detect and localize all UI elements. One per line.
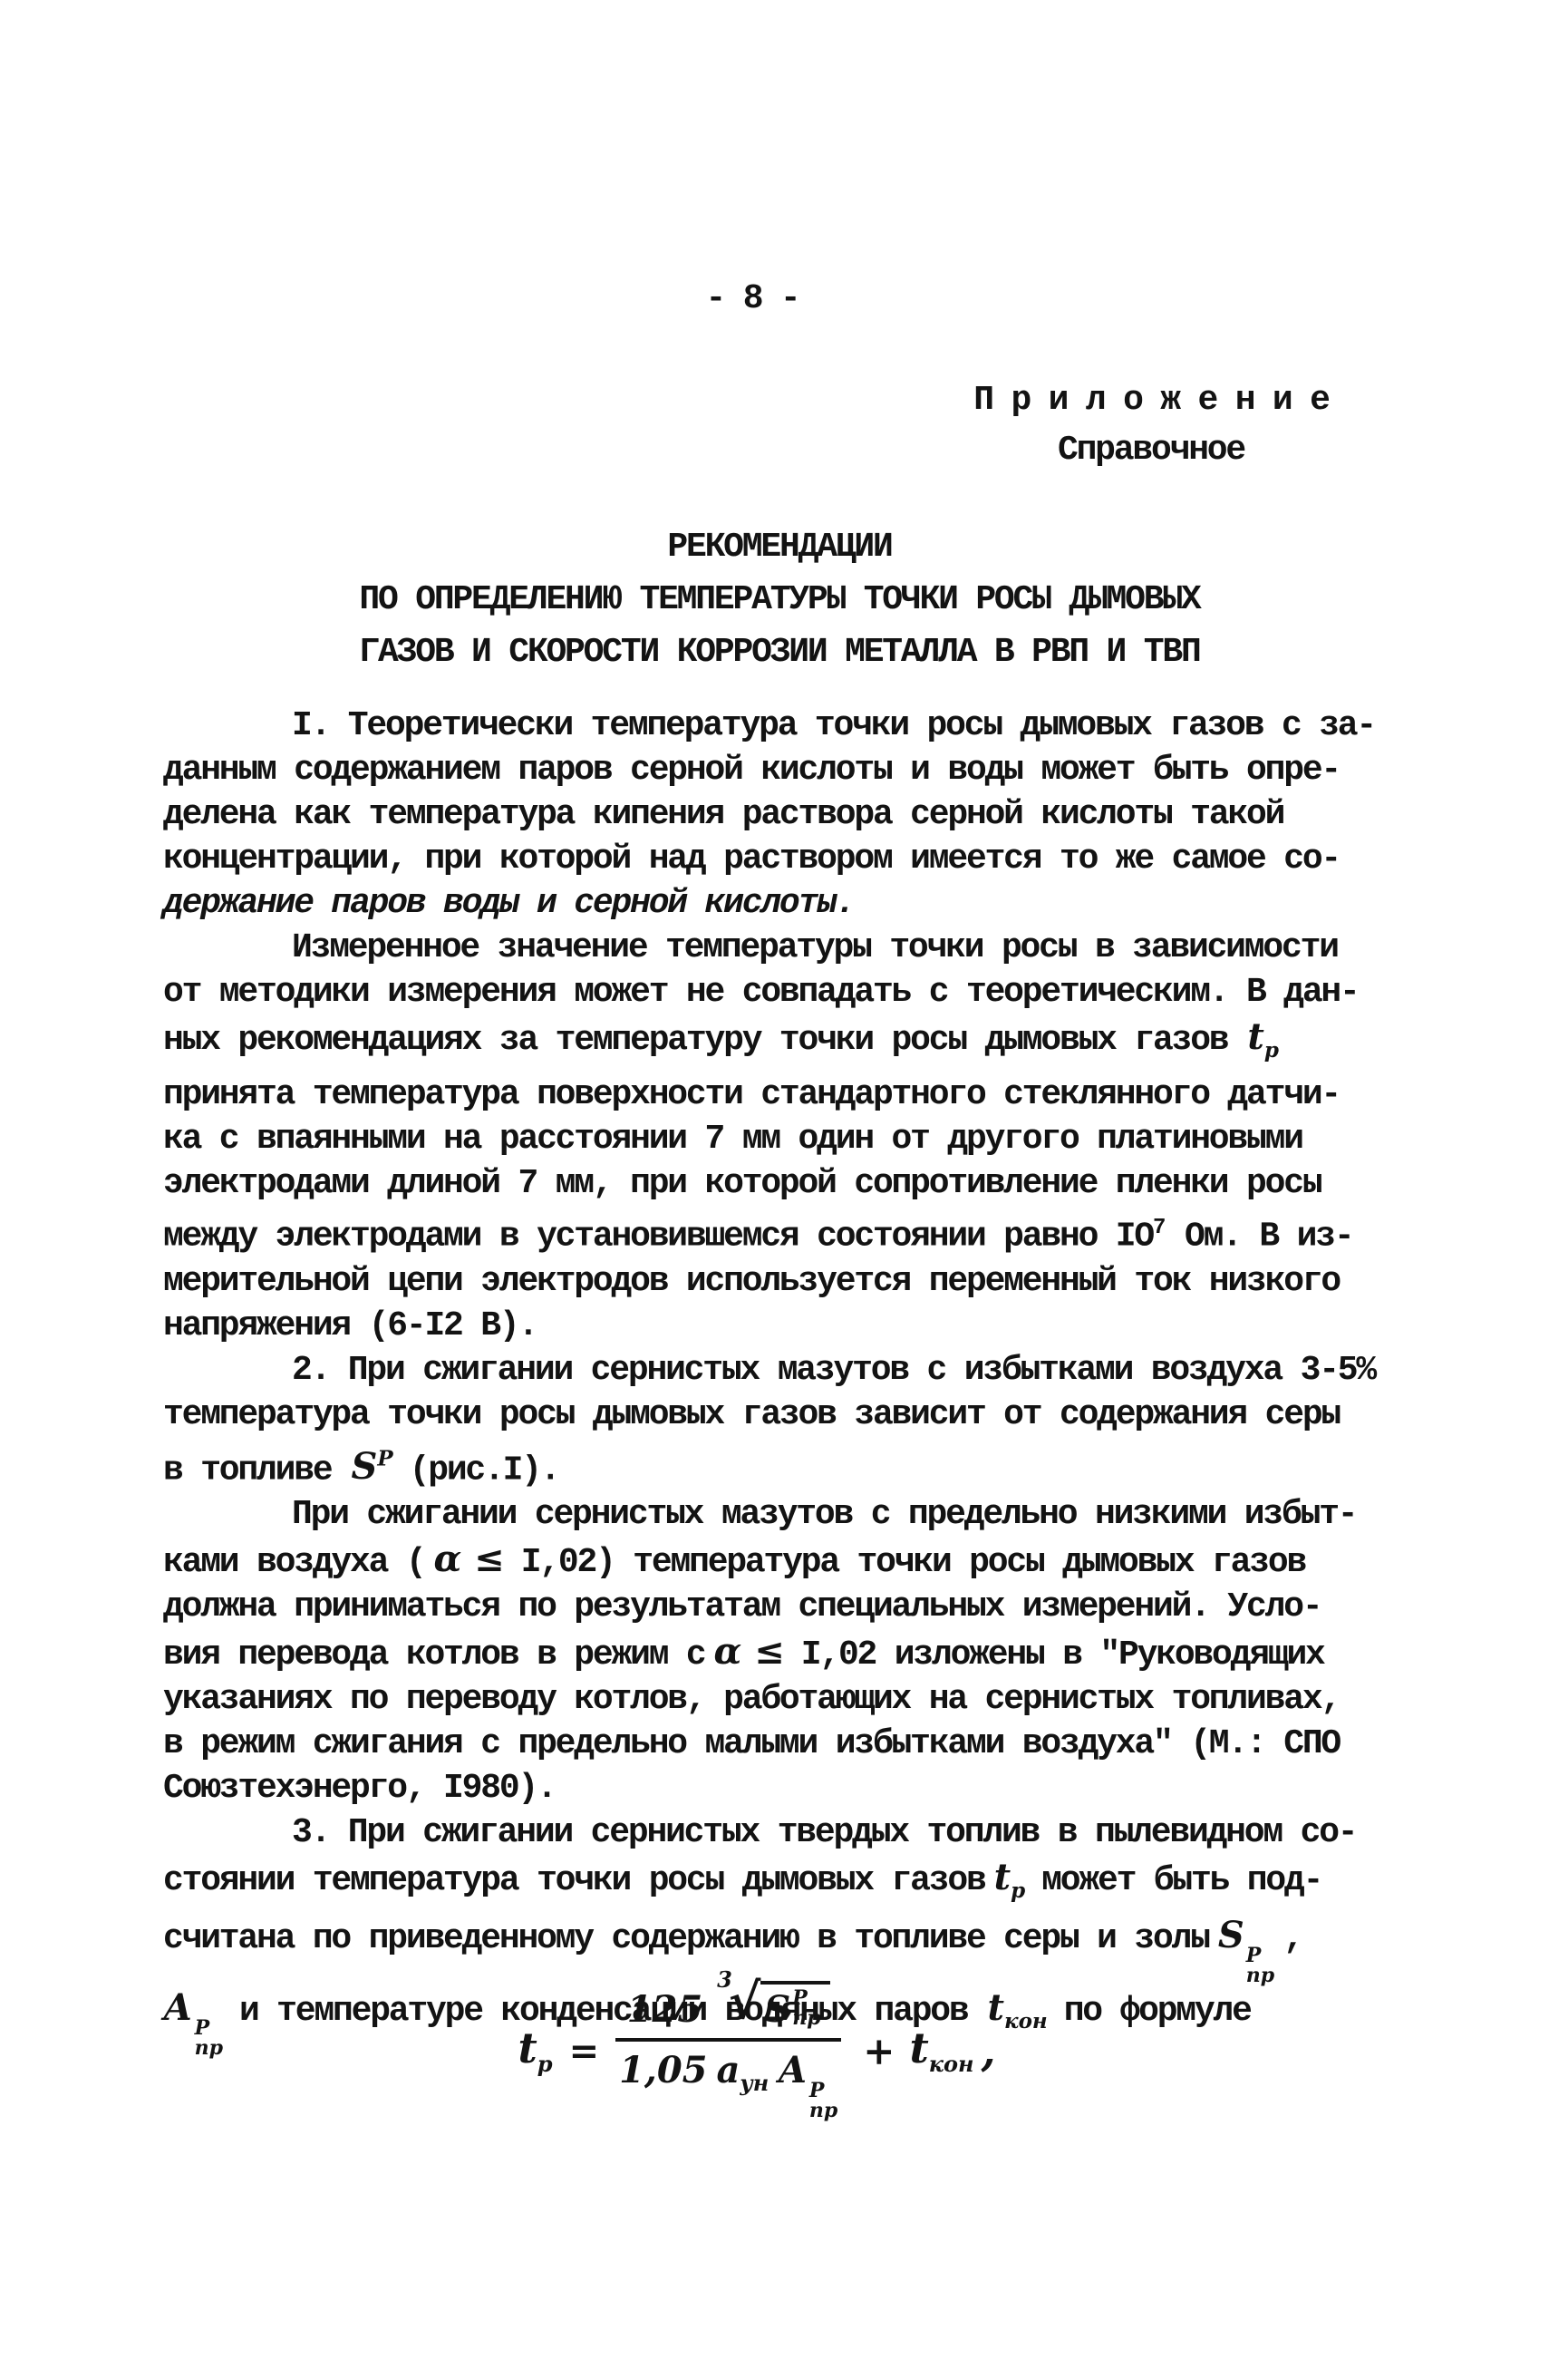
var-base: t	[909, 2023, 928, 2072]
var-entrainment-fraction: аун	[717, 2049, 769, 2096]
var-sulfur-content: SР	[351, 1445, 392, 1488]
radicand: SРпр	[760, 1981, 829, 2031]
text-segment: считана по приведенному содержанию в топ…	[163, 1919, 1209, 1958]
annex-kind: Справочное	[924, 425, 1378, 475]
text-line: ка с впаянными на расстоянии 7 мм один о…	[163, 1117, 1350, 1161]
var-base: t	[1247, 1015, 1263, 1058]
fraction-numerator: 125 3 √ SРпр	[615, 1981, 841, 2042]
var-subscript: пр	[809, 2101, 837, 2121]
text-line: Измеренное значение температуры точки ро…	[163, 926, 1350, 970]
annex-label: П р и л о ж е н и е	[924, 375, 1378, 425]
text-segment: (рис.I).	[410, 1451, 559, 1490]
var-subscript: ун	[740, 2070, 769, 2096]
text-segment: может быть под-	[1041, 1861, 1321, 1900]
radical-sign: √	[729, 1981, 761, 2023]
var-subscript: р	[1011, 1878, 1025, 1903]
var-reduced-ash: АРпр	[778, 2049, 837, 2121]
text-line: данным содержанием паров серной кислоты …	[163, 748, 1350, 792]
var-sup-sub-stack: Рпр	[809, 2081, 837, 2121]
text-line: делена как температура кипения раствора …	[163, 792, 1350, 837]
var-base: а	[717, 2049, 740, 2091]
var-base: t	[994, 1856, 1011, 1898]
var-base: S	[351, 1445, 377, 1488]
var-subscript: р	[537, 2052, 553, 2078]
paragraph-1: I. Теоретически температура точки росы д…	[163, 704, 1350, 926]
page-number: - 8 -	[163, 279, 1341, 318]
text-line: ных рекомендациях за температуру точки р…	[163, 1014, 1350, 1072]
text-line: должна приниматься по результатам специа…	[163, 1585, 1350, 1629]
text-segment: Ом. В из-	[1166, 1218, 1352, 1257]
text-line: между электродами в установившемся состо…	[163, 1206, 1350, 1259]
root-index: 3	[717, 1966, 732, 1993]
paragraph-3: 2. При сжигании сернистых мазутов с избы…	[163, 1348, 1350, 1492]
var-superscript: Р	[377, 1447, 392, 1471]
text-segment: стоянии температура точки росы дымовых г…	[163, 1861, 985, 1900]
text-segment: ных рекомендациях за температуру точки р…	[163, 1021, 1227, 1060]
text-segment: I,02 изложены в "Руководящих	[801, 1635, 1324, 1674]
text-line: мерительной цепи электродов используется…	[163, 1259, 1350, 1304]
text-line: в топливеSР(рис.I).	[163, 1437, 1350, 1492]
scanned-document-page: - 8 - П р и л о ж е н и е Справочное РЕК…	[0, 0, 1568, 2368]
formula-rhs: tкон	[909, 2023, 973, 2077]
text-segment: I,02) температура точки росы дымовых газ…	[521, 1543, 1305, 1582]
text-line: в режим сжигания с предельно малыми избы…	[163, 1722, 1350, 1766]
plus-sign: +	[863, 2029, 895, 2073]
text-line: вия перевода котлов в режим сα ≤I,02 изл…	[163, 1629, 1350, 1677]
text-line: указаниях по переводу котлов, работающих…	[163, 1677, 1350, 1722]
annex-block: П р и л о ж е н и е Справочное	[924, 375, 1378, 475]
document-title: РЕКОМЕНДАЦИИ ПО ОПРЕДЕЛЕНИЮ ТЕМПЕРАТУРЫ …	[195, 521, 1364, 679]
title-line-1: РЕКОМЕНДАЦИИ	[195, 521, 1364, 574]
var-reduced-sulfur: SРпр	[1218, 1914, 1274, 1956]
text-line: 2. При сжигании сернистых мазутов с избы…	[163, 1348, 1350, 1393]
var-sup-sub-stack: Рпр	[1246, 1946, 1274, 1985]
var-subscript: р	[1264, 1038, 1279, 1063]
fraction: 125 3 √ SРпр 1,05 аун АРпр	[615, 1981, 841, 2121]
text-line: от методики измерения может не совпадать…	[163, 970, 1350, 1014]
var-base: S	[764, 1988, 790, 2031]
text-line: температура точки росы дымовых газов зав…	[163, 1393, 1350, 1437]
var-base: S	[1218, 1914, 1244, 1956]
fraction-denominator: 1,05 аун АРпр	[615, 2042, 841, 2121]
coefficient-1-05: 1,05	[619, 2049, 707, 2091]
var-superscript: Р	[1246, 1946, 1262, 1965]
text-line: ками воздуха (α ≤I,02) температура точки…	[163, 1537, 1350, 1585]
text-segment: в топливе	[163, 1451, 331, 1490]
var-alpha-condition: α ≤	[433, 1538, 504, 1580]
paragraph-4: При сжигании сернистых мазутов с предель…	[163, 1492, 1350, 1810]
var-subscript: кон	[929, 2052, 974, 2078]
var-alpha-condition: α ≤	[714, 1630, 785, 1673]
var-subscript: пр	[792, 2008, 820, 2028]
text-segment: вия перевода котлов в режим с	[163, 1635, 705, 1674]
text-line: электродами длиной 7 мм, при которой соп…	[163, 1161, 1350, 1206]
var-t-dew-point: tр	[994, 1856, 1026, 1898]
var-sup-sub-stack: Рпр	[792, 1988, 820, 2031]
formula-lhs: tр	[518, 2023, 553, 2077]
equals-sign: =	[569, 2030, 600, 2072]
text-line-italic: держание паров воды и серной кислоты.	[163, 881, 1350, 926]
dew-point-formula: tр = 125 3 √ SРпр 1,05 аун АРпр + tкон ,	[163, 1981, 1350, 2121]
var-superscript: Р	[792, 1988, 808, 2008]
coefficient-125: 125	[627, 1988, 703, 2031]
var-t-dew-point: tр	[1247, 1015, 1279, 1058]
var-superscript: Р	[809, 2081, 825, 2101]
text-line: Союзтехэнерго, I980).	[163, 1766, 1350, 1810]
text-segment: ,	[1283, 1919, 1302, 1958]
var-base: А	[778, 2049, 808, 2091]
text-line: I. Теоретически температура точки росы д…	[163, 704, 1350, 748]
text-segment: ками воздуха (	[163, 1543, 424, 1582]
var-base: t	[518, 2023, 537, 2072]
paragraph-2: Измеренное значение температуры точки ро…	[163, 926, 1350, 1348]
title-line-3: ГАЗОВ И СКОРОСТИ КОРРОЗИИ МЕТАЛЛА В РВП …	[195, 626, 1364, 679]
document-body: I. Теоретически температура точки росы д…	[163, 704, 1350, 2058]
text-line: стоянии температура точки росы дымовых г…	[163, 1855, 1350, 1913]
text-line: концентрации, при которой над раствором …	[163, 837, 1350, 881]
cube-root: 3 √ SРпр	[717, 1981, 829, 2031]
text-line: напряжения (6-I2 В).	[163, 1304, 1350, 1348]
exponent-7: 7	[1153, 1216, 1166, 1240]
text-line: принята температура поверхности стандарт…	[163, 1072, 1350, 1117]
text-segment: между электродами в установившемся состо…	[163, 1218, 1153, 1257]
title-line-2: ПО ОПРЕДЕЛЕНИЮ ТЕМПЕРАТУРЫ ТОЧКИ РОСЫ ДЫ…	[195, 574, 1364, 626]
text-line: 3. При сжигании сернистых твердых топлив…	[163, 1810, 1350, 1855]
formula-comma: ,	[981, 2026, 995, 2075]
text-line: При сжигании сернистых мазутов с предель…	[163, 1492, 1350, 1537]
